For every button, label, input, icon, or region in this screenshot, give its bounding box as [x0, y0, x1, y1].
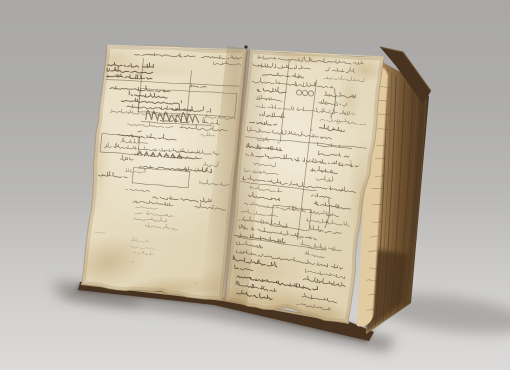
studio-backdrop [0, 0, 510, 370]
manuscript-book-photo [0, 0, 510, 370]
